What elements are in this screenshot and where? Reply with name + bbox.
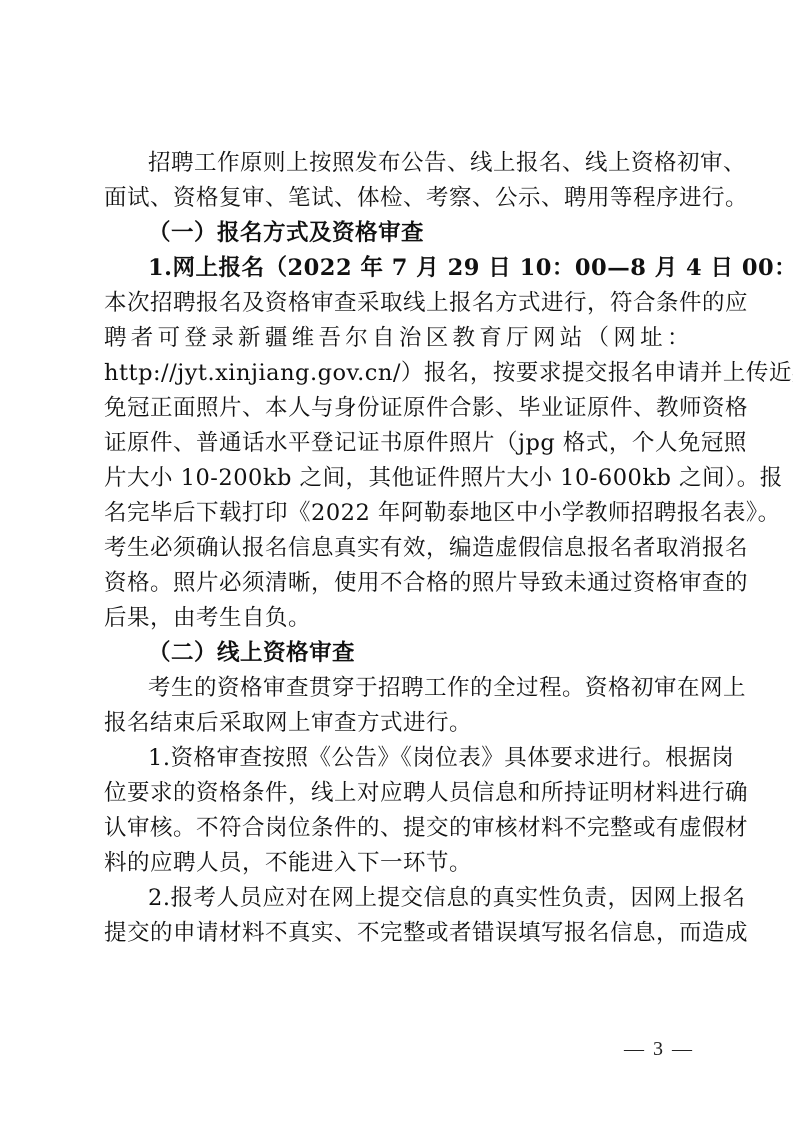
paragraph-line: 面试、资格复审、笔试、体检、考察、公示、聘用等程序进行。 [104, 181, 690, 216]
paragraph-line: 1.资格审查按照《公告》《岗位表》具体要求进行。根据岗 [104, 741, 690, 776]
paragraph-line: http://jyt.xinjiang.gov.cn/）报名，按要求提交报名申请… [104, 356, 690, 391]
paragraph-line: 名完毕后下载打印《2022 年阿勒泰地区中小学教师招聘报名表》。 [104, 496, 690, 531]
paragraph-line: 免冠正面照片、本人与身份证原件合影、毕业证原件、教师资格 [104, 391, 690, 426]
paragraph-line: 资格。照片必须清晰，使用不合格的照片导致未通过资格审查的 [104, 566, 690, 601]
paragraph-line: 证原件、普通话水平登记证书原件照片（jpg 格式，个人免冠照 [104, 426, 690, 461]
paragraph-line: 2.报考人员应对在网上提交信息的真实性负责，因网上报名 [104, 881, 690, 916]
paragraph-line: 料的应聘人员，不能进入下一环节。 [104, 846, 690, 881]
paragraph-line: 片大小 10-200kb 之间，其他证件照片大小 10-600kb 之间）。报 [104, 461, 690, 496]
subsection-heading: 1.网上报名（2022 年 7 月 29 日 10：00—8 月 4 日 00：… [104, 251, 690, 286]
paragraph-line: 考生的资格审查贯穿于招聘工作的全过程。资格初审在网上 [104, 671, 690, 706]
section-heading: （二）线上资格审查 [104, 636, 690, 671]
paragraph-line: 提交的申请材料不真实、不完整或者错误填写报名信息，而造成 [104, 916, 690, 951]
paragraph-line: 认审核。不符合岗位条件的、提交的审核材料不完整或有虚假材 [104, 811, 690, 846]
page-number: — 3 — [624, 1038, 694, 1061]
section-heading: （一）报名方式及资格审查 [104, 216, 690, 251]
paragraph-line: 本次招聘报名及资格审查采取线上报名方式进行，符合条件的应 [104, 286, 690, 321]
paragraph-line: 后果，由考生自负。 [104, 601, 690, 636]
paragraph-line: 位要求的资格条件，线上对应聘人员信息和所持证明材料进行确 [104, 776, 690, 811]
paragraph-line: 聘者可登录新疆维吾尔自治区教育厅网站（网址： [104, 321, 690, 356]
paragraph-line: 考生必须确认报名信息真实有效，编造虚假信息报名者取消报名 [104, 531, 690, 566]
paragraph-line: 报名结束后采取网上审查方式进行。 [104, 706, 690, 741]
paragraph-line: 招聘工作原则上按照发布公告、线上报名、线上资格初审、 [104, 146, 690, 181]
document-page: 招聘工作原则上按照发布公告、线上报名、线上资格初审、 面试、资格复审、笔试、体检… [104, 146, 690, 951]
